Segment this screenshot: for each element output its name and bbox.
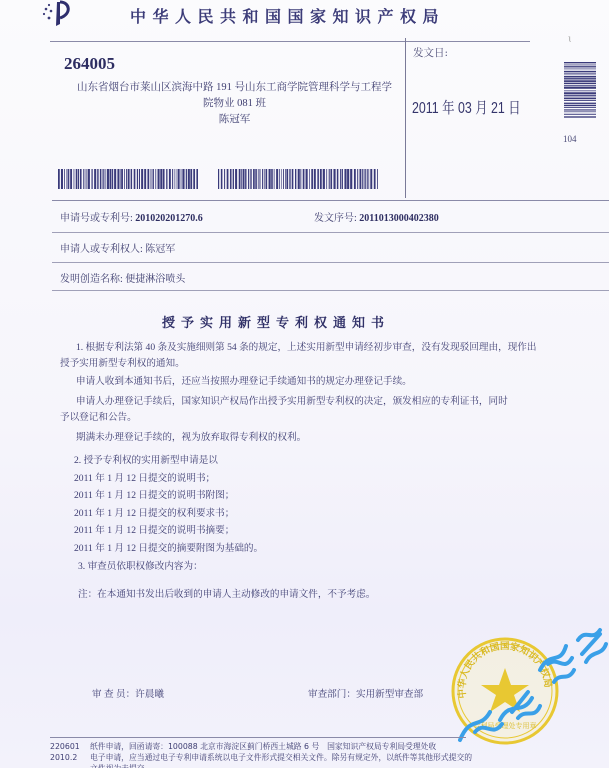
section-1-line: 期满未办理登记手续的，视为放弃取得专利权的权利。: [60, 428, 537, 448]
invention-label: 发明创造名称:: [60, 274, 123, 285]
invention-name: 便捷淋浴喷头: [125, 274, 185, 285]
application-number-row: 申请号或专利号: 201020201270.6: [60, 209, 203, 224]
department-label: 审查部门：: [308, 689, 356, 700]
serial-number-row: 发文序号: 2011013000402380: [314, 209, 439, 224]
examiner-label: 审 查 员：: [92, 689, 135, 700]
dispatch-date: 2011 年 03 月 21 日: [412, 96, 521, 118]
applicant: 陈冠军: [145, 244, 175, 255]
svg-text:专利局受理处专用章: 专利局受理处专用章: [474, 721, 537, 730]
recipient-address: 山东省烟台市莱山区滨海中路 191 号山东工商学院管理科学与工程学 院物业 08…: [62, 80, 407, 128]
department-name: 实用新型审查部: [356, 689, 423, 700]
vertical-barcode: [564, 62, 596, 118]
section-3-title: 3. 审查员依职权修改内容为：: [78, 557, 203, 577]
postal-code: 264005: [64, 54, 115, 74]
sipo-logo-icon: [40, 0, 76, 26]
footer-line-3: 文件视为未提交。: [90, 763, 472, 768]
barcode-2: [218, 169, 378, 189]
address-line-2: 院物业 081 班: [62, 96, 407, 112]
section-2-item: 2011 年 1 月 12 日提交的说明书附图；: [74, 487, 263, 505]
applicant-row: 申请人或专利权人: 陈冠军: [60, 240, 175, 255]
section-2: 2. 授予专利权的实用新型申请是以 2011 年 1 月 12 日提交的说明书；…: [74, 452, 263, 557]
official-seal-icon: 中华人民共和国国家知识产权局 专利局受理处专用章: [450, 636, 560, 746]
header-divider: [50, 41, 530, 42]
agency-name: 中华人民共和国国家知识产权局: [130, 4, 445, 27]
barcode-divider: [52, 200, 609, 201]
section-2-title: 2. 授予专利权的实用新型申请是以: [74, 452, 263, 470]
section-2-item: 2011 年 1 月 12 日提交的说明书摘要；: [74, 522, 263, 540]
applicant-label: 申请人或专利权人:: [60, 244, 143, 255]
invention-row: 发明创造名称: 便捷淋浴喷头: [60, 270, 185, 285]
section-1-line: 申请人收到本通知书后，还应当按照办理登记手续通知书的规定办理登记手续。: [60, 372, 537, 392]
barcode-number: 104: [563, 134, 577, 144]
address-line-1: 山东省烟台市莱山区滨海中路 191 号山东工商学院管理科学与工程学: [62, 80, 407, 96]
row-divider-3: [52, 290, 609, 291]
examiner: 审 查 员：许晨曦: [92, 685, 164, 705]
row-divider-2: [52, 262, 609, 263]
serial-number-label: 发文序号:: [314, 213, 357, 224]
footer-line-1: 纸件申请，回函请寄：100088 北京市海淀区蓟门桥西土城路 6 号 国家知识产…: [90, 741, 472, 752]
form-code-2: 2010.2: [50, 752, 80, 763]
footer-line-2: 电子申请，应当通过电子专利申请系统以电子文件形式提交相关文件。除另有规定外，以纸…: [90, 752, 472, 763]
application-number: 201020201270.6: [135, 213, 203, 224]
form-code-1: 220601: [50, 741, 80, 752]
footer-divider: [50, 737, 466, 738]
notice-title: 授予实用新型专利权通知书: [162, 312, 390, 331]
serial-number: 2011013000402380: [359, 213, 438, 224]
dispatch-date-label: 发文日:: [413, 45, 448, 60]
form-code: 220601 2010.2: [50, 741, 80, 763]
row-divider-1: [52, 232, 609, 233]
department: 审查部门：实用新型审查部: [308, 685, 423, 705]
corner-mark: ɩ: [568, 34, 572, 45]
section-2-item: 2011 年 1 月 12 日提交的摘要附图为基础的。: [74, 540, 263, 558]
recipient-name: 陈冠军: [62, 112, 407, 128]
footer-instructions: 纸件申请，回函请寄：100088 北京市海淀区蓟门桥西土城路 6 号 国家知识产…: [90, 741, 472, 768]
note: 注：在本通知书发出后收到的申请人主动修改的申请文件，不予考虑。: [78, 585, 375, 605]
section-1: 1. 根据专利法第 40 条及实施细则第 54 条的规定，上述实用新型申请经初步…: [60, 338, 537, 448]
barcode-1: [58, 169, 198, 189]
application-number-label: 申请号或专利号:: [60, 213, 133, 224]
section-2-item: 2011 年 1 月 12 日提交的权利要求书；: [74, 505, 263, 523]
section-2-item: 2011 年 1 月 12 日提交的说明书；: [74, 470, 263, 488]
examiner-name: 许晨曦: [135, 689, 164, 700]
